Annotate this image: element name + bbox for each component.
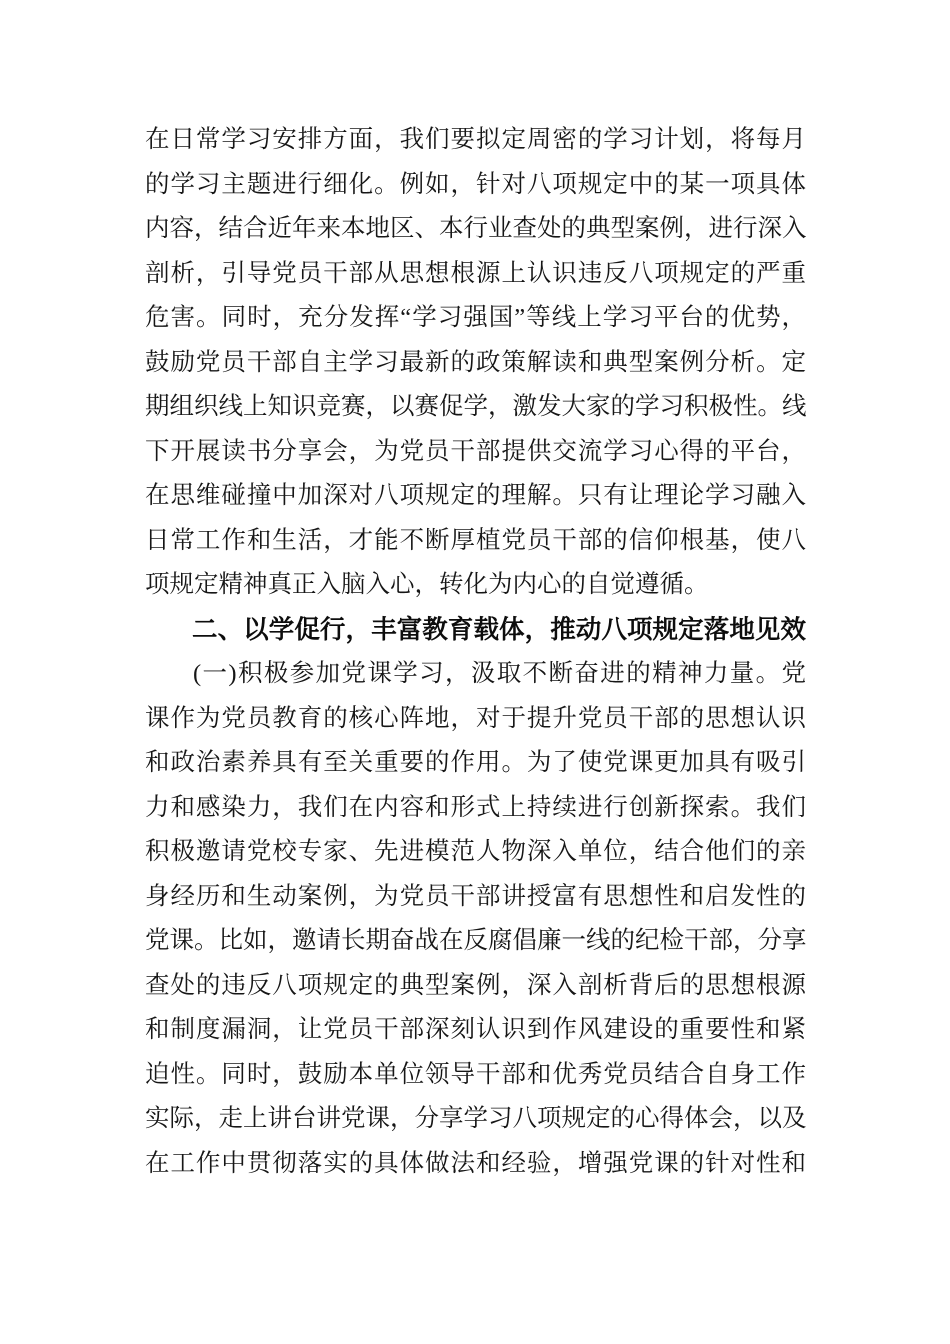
text-line: 身经历和生动案例，为党员干部讲授富有思想性和启发性的 — [145, 875, 806, 920]
text-line: (一)积极参加党课学习，汲取不断奋进的精神力量。党 — [145, 652, 806, 697]
text-line: 力和感染力，我们在内容和形式上持续进行创新探索。我们 — [145, 786, 806, 831]
text-line: 迫性。同时，鼓励本单位领导干部和优秀党员结合自身工作 — [145, 1053, 806, 1098]
text-line: 日常工作和生活，才能不断厚植党员干部的信仰根基，使八 — [145, 519, 806, 564]
text-line: 和政治素养具有至关重要的作用。为了使党课更加具有吸引 — [145, 741, 806, 786]
text-line: 课作为党员教育的核心阵地，对于提升党员干部的思想认识 — [145, 697, 806, 742]
text-line: 危害。同时，充分发挥“学习强国”等线上学习平台的优势， — [145, 296, 806, 341]
text-line: 的学习主题进行细化。例如，针对八项规定中的某一项具体 — [145, 163, 806, 208]
text-line: 在工作中贯彻落实的具体做法和经验，增强党课的针对性和 — [145, 1142, 806, 1187]
text-line: 在日常学习安排方面，我们要拟定周密的学习计划，将每月 — [145, 118, 806, 163]
text-line: 查处的违反八项规定的典型案例，深入剖析背后的思想根源 — [145, 964, 806, 1009]
text-line: 期组织线上知识竞赛，以赛促学，激发大家的学习积极性。线 — [145, 385, 806, 430]
text-line: 实际，走上讲台讲党课，分享学习八项规定的心得体会，以及 — [145, 1097, 806, 1142]
text-line: 和制度漏洞，让党员干部深刻认识到作风建设的重要性和紧 — [145, 1008, 806, 1053]
text-line: 项规定精神真正入脑入心，转化为内心的自觉遵循。 — [145, 563, 806, 608]
document-text-block: 在日常学习安排方面，我们要拟定周密的学习计划，将每月的学习主题进行细化。例如，针… — [145, 118, 806, 1186]
text-line: 党课。比如，邀请长期奋战在反腐倡廉一线的纪检干部，分享 — [145, 919, 806, 964]
text-line: 剖析，引导党员干部从思想根源上认识违反八项规定的严重 — [145, 252, 806, 297]
text-line: 在思维碰撞中加深对八项规定的理解。只有让理论学习融入 — [145, 474, 806, 519]
text-line: 内容，结合近年来本地区、本行业查处的典型案例，进行深入 — [145, 207, 806, 252]
text-line: 积极邀请党校专家、先进模范人物深入单位，结合他们的亲 — [145, 830, 806, 875]
document-page: 在日常学习安排方面，我们要拟定周密的学习计划，将每月的学习主题进行细化。例如，针… — [0, 0, 950, 1344]
text-line: 下开展读书分享会，为党员干部提供交流学习心得的平台， — [145, 430, 806, 475]
text-line: 鼓励党员干部自主学习最新的政策解读和典型案例分析。定 — [145, 341, 806, 386]
section-heading: 二、以学促行，丰富教育载体，推动八项规定落地见效 — [145, 608, 806, 653]
